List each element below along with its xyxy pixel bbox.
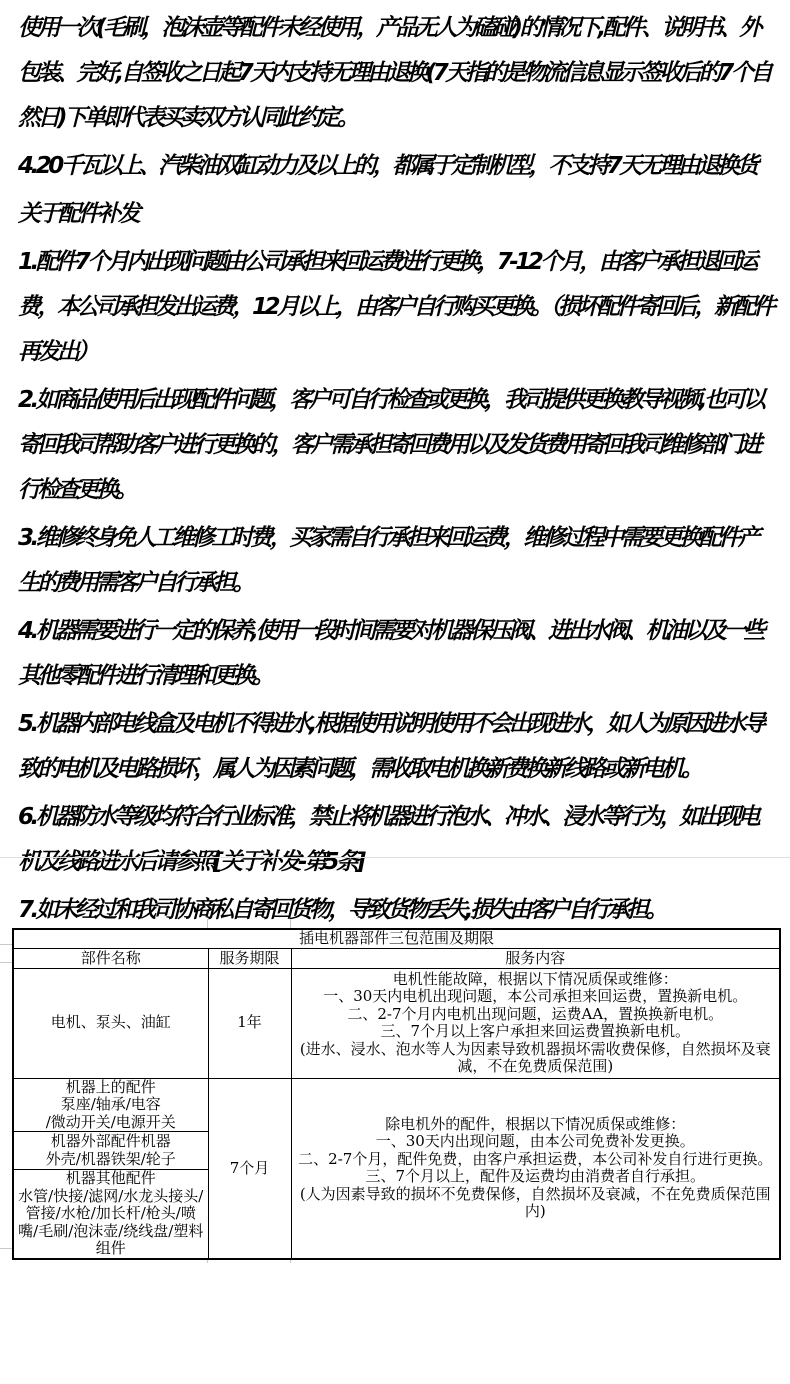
gridline-stub <box>290 919 291 928</box>
policy-paragraph-4: 4.机器需要进行一定的保养,使用一段时间需要对机器保压阀、进出水阀、机油以及一些… <box>18 609 774 699</box>
table-row-accessories-on-machine: 机器上的配件 泵座/轴承/电容 /微动开关/电源开关 7个月 除电机外的配件，根… <box>13 1078 780 1132</box>
accessories-period-cell: 7个月 <box>208 1078 291 1259</box>
col-header-part-name: 部件名称 <box>13 948 208 968</box>
warranty-table-container: 插电机器部件三包范围及期限 部件名称 服务期限 服务内容 电机、泵头、油缸 1年… <box>12 928 781 1260</box>
gridline-stub <box>0 944 12 945</box>
accessories-other-cell: 机器其他配件 水管/快接/滤网/水龙头接头/管接/水枪/加长杆/枪头/喷嘴/毛刷… <box>13 1170 208 1260</box>
accessories-content-cell: 除电机外的配件，根据以下情况质保或维修： 一、30天内出现问题，由本公司免费补发… <box>291 1078 780 1259</box>
motor-period-cell: 1年 <box>208 968 291 1078</box>
table-caption-row: 插电机器部件三包范围及期限 <box>13 929 780 948</box>
motor-part-cell: 电机、泵头、油缸 <box>13 968 208 1078</box>
policy-paragraph-2: 2.如商品使用后出现配件问题，客户可自行检查或更换，我司提供更换教导视频,也可以… <box>18 378 774 513</box>
table-caption: 插电机器部件三包范围及期限 <box>13 929 780 948</box>
after-sales-policy-page: 使用一次(毛刷，泡沫壶等配件未经使用，产品无人为磕碰)的情况下,配件、说明书、外… <box>0 0 790 1384</box>
motor-content-cell: 电机性能故障，根据以下情况质保或维修： 一、30天内电机出现问题，本公司承担来回… <box>291 968 780 1078</box>
table-row-motor: 电机、泵头、油缸 1年 电机性能故障，根据以下情况质保或维修： 一、30天内电机… <box>13 968 780 1078</box>
gridline-stub <box>0 962 12 963</box>
gridline-stub <box>0 1248 12 1249</box>
policy-paragraph-7: 7.如未经过和我司协商私自寄回货物，导致货物丢失,损失由客户自行承担。 <box>18 888 774 933</box>
gridline-row-artifact <box>0 857 790 858</box>
policy-paragraph-custom-models: 4.20千瓦以上、汽柴油双缸动力及以上的，都属于定制机型，不支持7天无理由退换货 <box>18 144 774 189</box>
policy-paragraph-1: 1.配件7个月内出现问题由公司承担来回运费进行更换，7-12个月，由客户承担退回… <box>18 240 774 375</box>
accessories-on-machine-cell: 机器上的配件 泵座/轴承/电容 /微动开关/电源开关 <box>13 1078 208 1132</box>
accessories-external-cell: 机器外部配件机器 外壳/机器铁架/轮子 <box>13 1132 208 1170</box>
col-header-service-period: 服务期限 <box>208 948 291 968</box>
warranty-table: 插电机器部件三包范围及期限 部件名称 服务期限 服务内容 电机、泵头、油缸 1年… <box>12 928 781 1260</box>
col-header-service-content: 服务内容 <box>291 948 780 968</box>
policy-text-block: 使用一次(毛刷，泡沫壶等配件未经使用，产品无人为磕碰)的情况下,配件、说明书、外… <box>0 0 790 936</box>
section-heading-parts-reissue: 关于配件补发 <box>18 192 774 237</box>
policy-paragraph-return-condition: 使用一次(毛刷，泡沫壶等配件未经使用，产品无人为磕碰)的情况下,配件、说明书、外… <box>18 6 774 141</box>
policy-paragraph-3: 3.维修终身免人工维修工时费，买家需自行承担来回运费，维修过程中需要更换配件产生… <box>18 516 774 606</box>
policy-paragraph-5: 5.机器内部电线盒及电机不得进水,根据使用说明使用不会出现进水，如人为原因进水导… <box>18 702 774 792</box>
table-header-row: 部件名称 服务期限 服务内容 <box>13 948 780 968</box>
policy-paragraph-6: 6.机器防水等级均符合行业标准，禁止将机器进行泡水、冲水、浸水等行为，如出现电机… <box>18 795 774 885</box>
gridline-stub <box>207 919 208 928</box>
